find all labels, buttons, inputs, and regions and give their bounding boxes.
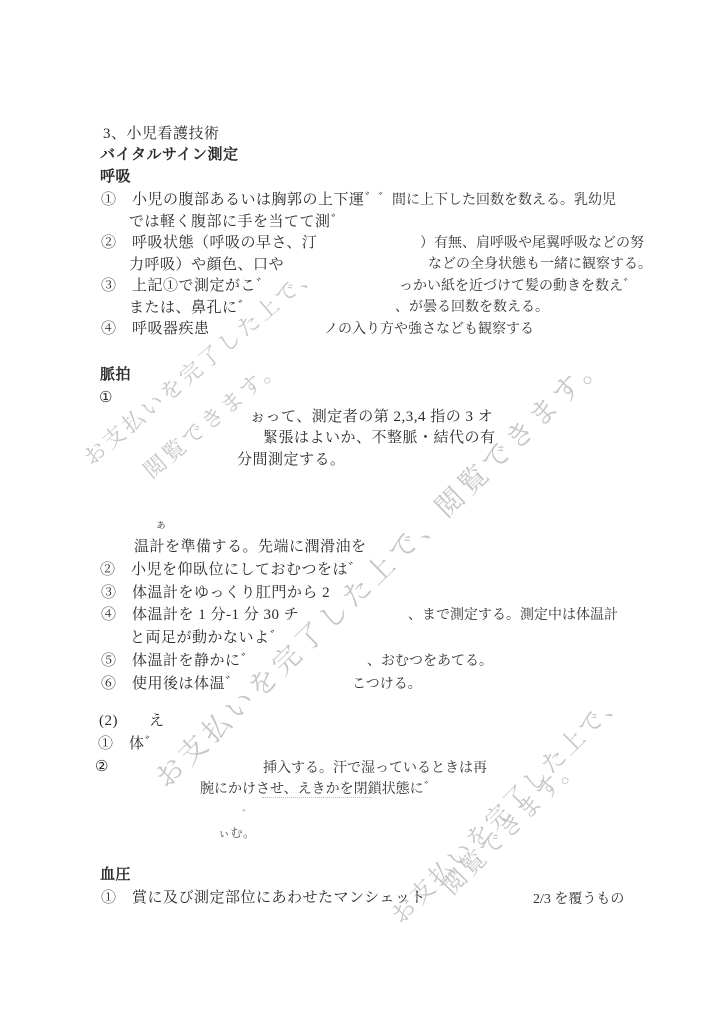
- section-heading-blood-pressure: 血圧: [100, 867, 131, 884]
- temperature-item-5-right: 、おむつをあてる。: [367, 654, 493, 669]
- blood-pressure-item-1-right: 2/3 を覆うもの: [533, 892, 624, 907]
- breathing-item-3-line2-right: 、が曇る回数を数える。: [395, 300, 549, 315]
- pulse-item-1-bullet: ①: [99, 390, 113, 407]
- breathing-item-2-line2-right: などの全身状態も一緒に観察する。: [428, 257, 652, 272]
- doc-chapter: 3、小児看護技術: [103, 126, 220, 143]
- breathing-item-4-left: ④ 呼吸器疾患: [101, 321, 210, 338]
- breathing-item-3-right: っかい紙を近づけて髪の動きを数え゛: [399, 279, 637, 294]
- breathing-item-3-left: ③ 上記①で測定がこ゛: [101, 278, 272, 295]
- temperature-item-5-left: ⑤ 体温計を静かに゛: [101, 653, 256, 670]
- axillary-label: (2) え: [99, 713, 165, 730]
- temperature-fragment: ぁ: [155, 518, 168, 531]
- doc-title: バイタルサイン測定: [100, 147, 238, 164]
- pulse-item-1-line1: ぉって、測定者の第 2,3,4 指の 3 オ: [250, 409, 493, 426]
- axillary-fragment-2: ぃむ。: [218, 827, 256, 840]
- axillary-item-2-right: 挿入する。汗で湿っているときは再: [263, 761, 487, 776]
- breathing-item-4-right: ノの入り方や強さなども観察する: [324, 322, 534, 337]
- breathing-item-1-right: ゛間に上下した回数を数える。乳幼児: [378, 193, 616, 208]
- temperature-item-3: ③ 体温計をゆっくり肛門から 2: [101, 585, 330, 602]
- axillary-item-2-line2: 腕にかけさせ、えきかを閉鎖状態に゛: [200, 782, 438, 797]
- axillary-fragment-1: ゛: [242, 810, 253, 821]
- axillary-item-2-bullet: ②: [95, 759, 109, 776]
- section-heading-breathing: 呼吸: [100, 169, 131, 186]
- breathing-item-3-line2-left: または、鼻孔に゛: [129, 300, 253, 317]
- pulse-item-1-line3: 分間測定する。: [237, 452, 346, 469]
- breathing-item-2-left: ② 呼吸状態（呼吸の早さ、汀: [101, 235, 317, 252]
- breathing-item-2-right: ）有無、肩呼吸や尾翼呼吸などの努: [420, 236, 644, 251]
- section-heading-pulse: 脈拍: [100, 367, 131, 384]
- breathing-item-1-left: ① 小児の腹部あるいは胸郭の上下運゛: [101, 192, 380, 209]
- breathing-item-2-line2-left: 力呼吸）や顔色、口や: [129, 257, 284, 274]
- pulse-item-1-line2: 緊張はよいか、不整脈・結代の有: [263, 430, 496, 447]
- temperature-item-4-left: ④ 体温計を 1 分-1 分 30 チ: [101, 607, 299, 624]
- temperature-item-4-line2: と両足が動かないよ゛: [130, 630, 285, 647]
- temperature-item-4-right: 、まで測定する。測定中は体温計: [408, 608, 618, 623]
- axillary-item-1: ① 体゛: [98, 736, 160, 753]
- temperature-item-2: ② 小児を仰臥位にしておむつをは゛: [100, 562, 364, 579]
- temperature-item-6-right: こつける。: [352, 677, 422, 692]
- blood-pressure-item-1-left: ① 賞に及び測定部位にあわせたマンシェット: [101, 890, 426, 907]
- temperature-item-1: 温計を準備する。先端に潤滑油を: [134, 539, 367, 556]
- temperature-item-6-left: ⑥ 使用後は体温゛: [101, 676, 241, 693]
- scan-artifact-line: [262, 797, 372, 798]
- scanned-document-page: お支払いを完了した上で、 閲覧できます。 お支払いを完了した上で、閲覧できます。…: [0, 0, 724, 1024]
- breathing-item-1-line2: では軽く腹部に手を当てて測゛: [129, 214, 346, 231]
